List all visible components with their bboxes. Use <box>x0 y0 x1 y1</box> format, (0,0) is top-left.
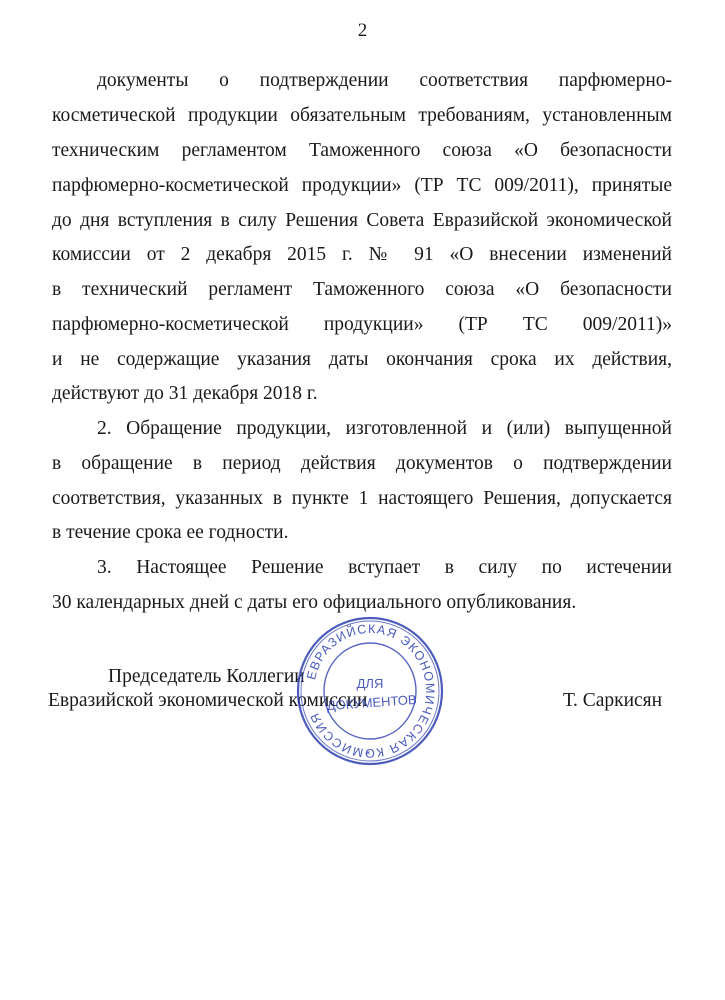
official-stamp: ЕВРАЗИЙСКАЯ ЭКОНОМИЧЕСКАЯ КОМИССИЯ ДЛЯ Д… <box>296 616 444 766</box>
stamp-seal-icon: ЕВРАЗИЙСКАЯ ЭКОНОМИЧЕСКАЯ КОМИССИЯ ДЛЯ Д… <box>296 616 444 766</box>
page-number: 2 <box>0 20 725 42</box>
signatory-name: Т. Саркисян <box>563 690 662 712</box>
stamp-center-line1: ДЛЯ <box>357 676 384 691</box>
text-line: парфюмерно-косметической продукции» (ТР … <box>52 312 672 337</box>
text-line: действуют до 31 декабря 2018 г. <box>52 381 672 406</box>
text-line: косметической продукции обязательным тре… <box>52 103 672 128</box>
text-line: до дня вступления в силу Решения Совета … <box>52 208 672 233</box>
text-line: в течение срока ее годности. <box>52 520 672 545</box>
text-line: 3. Настоящее Решение вступает в силу по … <box>97 555 672 580</box>
text-line: комиссии от 2 декабря 2015 г. № 91 «О вн… <box>52 242 672 267</box>
stamp-center-line2: ДОКУМЕНТОВ <box>326 692 417 713</box>
text-line: и не содержащие указания даты окончания … <box>52 347 672 372</box>
text-line: соответствия, указанных в пункте 1 насто… <box>52 486 672 511</box>
text-line: документы о подтверждении соответствия п… <box>97 68 672 93</box>
text-line: в обращение в период действия документов… <box>52 451 672 476</box>
text-line: техническим регламентом Таможенного союз… <box>52 138 672 163</box>
text-line: 2. Обращение продукции, изготовленной и … <box>97 416 672 441</box>
signatory-title-line1: Председатель Коллегии <box>108 666 305 688</box>
text-line: парфюмерно-косметической продукции» (ТР … <box>52 173 672 198</box>
stamp-star-icon: * <box>366 749 371 761</box>
text-line: 30 календарных дней с даты его официальн… <box>52 590 672 615</box>
text-line: в технический регламент Таможенного союз… <box>52 277 672 302</box>
